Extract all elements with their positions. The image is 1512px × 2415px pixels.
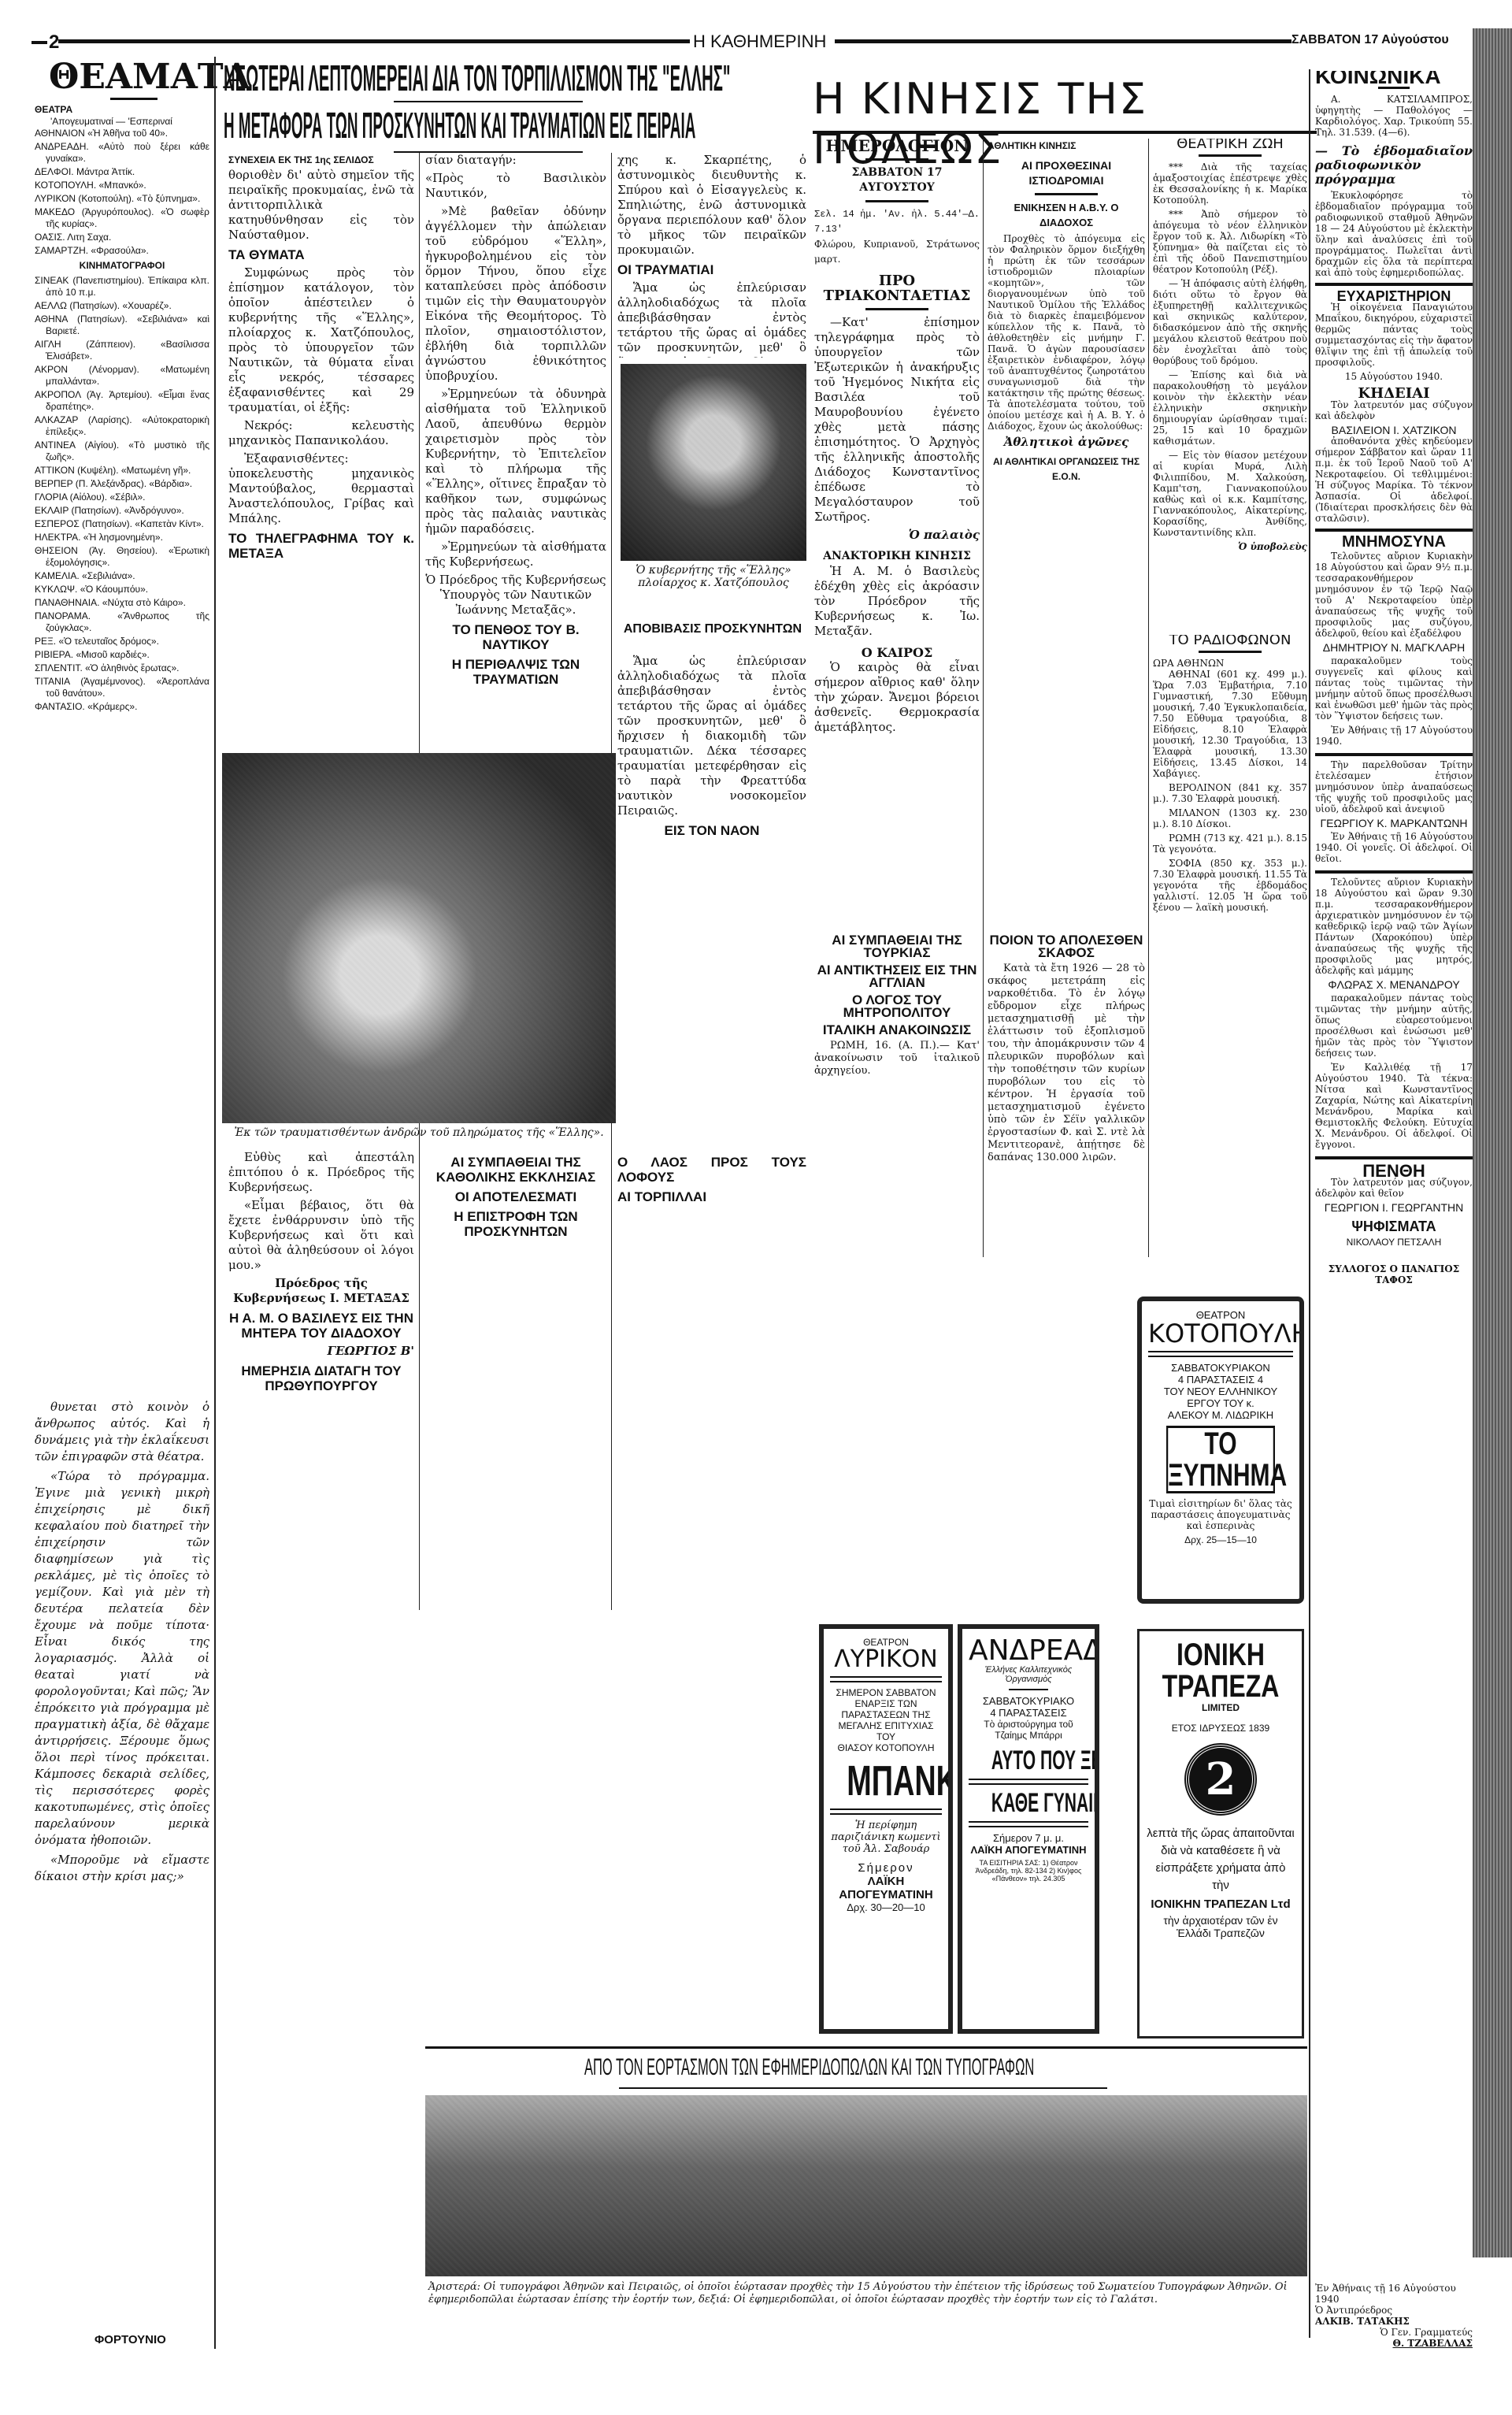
radiofonon-title: ΤΟ ΡΑΔΙΟΦΩΝΟΝ: [1153, 635, 1307, 646]
main-subheadline: Η ΜΕΤΑΦΟΡΑ ΤΩΝ ΠΡΟΣΚΥΝΗΤΩΝ ΚΑΙ ΤΡΑΥΜΑΤΙΩ…: [224, 104, 695, 147]
kideiai-name: ΒΑΣΙΛΕΙΟΝ Ι. ΧΑΤΖΙΚΟΝ: [1315, 425, 1473, 436]
theatre-entry: ΛΥΡΙΚΟΝ (Κοτοπούλη). «Τὸ ξύπνημα».: [35, 193, 209, 205]
kotopouli-line: ΤΟΥ ΝΕΟΥ ΕΛΛΗΝΙΚΟΥ: [1148, 1386, 1293, 1397]
cinema-entry: ΗΛΕΚΤΡΑ. «Ἡ λησμονημένη».: [35, 532, 209, 543]
eucharistirion-text: Ἡ οἰκογένεια Παναγιώτου Μπαΐκου, δικηγόρ…: [1315, 302, 1473, 368]
theamata-rule: [110, 98, 157, 100]
lyrikon-name: ΛΥΡΙΚΟΝ: [830, 1648, 942, 1671]
italiki-text: ΡΩΜΗ, 16. (Α. Π.).— Κατ' ἀνακοίνωσιν τοῦ…: [814, 1040, 980, 1078]
story-lower-column-2: ΑΙ ΣΥΜΠΑΘΕΙΑΙ ΤΗΣ ΚΑΘΟΛΙΚΗΣ ΕΚΚΛΗΣΙΑΣ ΟΙ…: [425, 1150, 606, 2032]
final-secretary: Ὁ Γεν. Γραμματεύς: [1315, 2327, 1473, 2338]
captain-portrait: [621, 364, 806, 561]
rule: [865, 308, 928, 310]
andreadi-ad[interactable]: ΑΝΔΡΕΑΔΗ Ἑλλήνες Καλλιτεχνικὸς Ὀργανισμὸ…: [958, 1624, 1099, 2034]
sunrise-info: Σελ. 14 ἡμ. 'Αν. ἡλ. 5.44'—Δ. 7.13': [814, 207, 980, 237]
story-paragraph: Νεκρός: κελευστὴς μηχανικὸς Παπανικολάου…: [228, 418, 414, 448]
cinema-entry: ΓΛΟΡΙΑ (Αἰόλου). «Σέβιλ».: [35, 492, 209, 503]
feature-rule: [619, 2087, 1107, 2089]
cinema-entry: ΑΘΗΝΑ (Πατησίων). «Σεβιλιάνα» καὶ Βαριετ…: [35, 313, 209, 337]
ioniki-bank-ad[interactable]: ΙΟΝΙΚΗ ΤΡΑΠΕΖΑ LIMITED ΕΤΟΣ ΙΔΡΥΣΕΩΣ 183…: [1137, 1629, 1304, 2038]
triakontaetia-title: ΠΡΟ ΤΡΙΑΚΟΝΤΑΕΤΙΑΣ: [814, 273, 980, 303]
crew-photo-caption: Ἐκ τῶν τραυματισθέντων ἀνδρῶν τοῦ πληρώμ…: [222, 1126, 616, 1139]
memorial-text: Τελοῦντες αὔριον Κυριακὴν 18 Αὐγούστου κ…: [1315, 877, 1473, 976]
story-paragraph: θοριοθὲν δι' αὐτὸ σημεῖον τῆς πειραϊκῆς …: [228, 168, 414, 243]
subhead-penthos: ΤΟ ΠΕΝΘΟΣ ΤΟΥ Β. ΝΑΥΤΙΚΟΥ: [425, 622, 606, 652]
story-paragraph: Ἐξαφανισθέντες: ὑποκελευστὴς μηχανικὸς Μ…: [228, 451, 414, 526]
kotopouli-desc: Τιμαὶ εἰσιτηρίων δι' ὅλας τὰς παραστάσει…: [1148, 1498, 1293, 1531]
andreadi-play-1: ΑΥΤΟ ΠΟΥ ΞΕΡΕΙ: [991, 1747, 1065, 1774]
headline-rule: [394, 101, 583, 102]
theatriki-paragraph: *** Διὰ τῆς ταχείας ἁμαξοστοιχίας ἐπέστρ…: [1153, 161, 1307, 206]
paper-name: Η ΚΑΘΗΜΕΡΙΝΗ: [690, 32, 829, 52]
photo-feature-title: ΑΠΟ ΤΟΝ ΕΟΡΤΑΣΜΟΝ ΤΩΝ ΕΦΗΜΕΡΙΔΟΠΩΛΩΝ ΚΑΙ…: [584, 2054, 1034, 2081]
mnimosyna-title: ΜΝΗΜΟΣΥΝΑ: [1315, 536, 1473, 547]
memorial-notice: Τελοῦντες αὔριον Κυριακὴν 18 Αὐγούστου κ…: [1315, 874, 1473, 1159]
final-secretary-name: Θ. ΤΖΑΒΕΛΛΑΣ: [1315, 2338, 1473, 2349]
memorial-name: ΓΕΩΡΓΙΟΥ Κ. ΜΑΡΚΑΝΤΩΝΗ: [1315, 818, 1473, 829]
cinema-entry: ΒΕΡΠΕΡ (Π. Ἀλεξάνδρας). «Βάρδια».: [35, 478, 209, 490]
column-divider: [1148, 139, 1149, 1257]
lyrikon-line: ΕΝΑΡΞΙΣ ΤΩΝ ΠΑΡΑΣΤΑΣΕΩΝ ΤΗΣ ΜΕΓΑΛΗΣ ΕΠΙΤ…: [830, 1698, 942, 1742]
kinisis-lower-left: ΑΙ ΣΥΜΠΑΘΕΙΑΙ ΤΗΣ ΤΟΥΡΚΙΑΣ ΑΙ ΑΝΤΙΚΤΗΣΕΙ…: [814, 929, 980, 1252]
rule: [1315, 529, 1473, 532]
theatre-entry: ΔΕΛΦΟΙ. Μάντρα Ἀττίκ.: [35, 166, 209, 178]
cinemas-label: ΚΙΝΗΜΑΤΟΓΡΑΦΟΙ: [35, 260, 209, 272]
subhead-tilegrafima: ΤΟ ΤΗΛΕΓΡΑΦΗΜΑ ΤΟΥ κ. ΜΕΤΑΞΑ: [228, 531, 414, 561]
kideiai-intro: Τὸν λατρευτόν μας σύζυγον καὶ ἀδελφὸν: [1315, 399, 1473, 421]
anaktoriki-text: Ἡ Α. Μ. ὁ Βασιλεὺς ἐδέχθη χθὲς εἰς ἀκρόα…: [814, 564, 980, 639]
athlitiki-text: Προχθὲς τὸ ἀπόγευμα εἰς τὸν Φαληρικὸν ὅρ…: [988, 233, 1145, 432]
ioniki-number: 2: [1206, 1753, 1236, 1805]
skafos: ΠΟΙΟΝ ΤΟ ΑΠΟΛΕΣΘΕΝ ΣΚΑΦΟΣ Κατὰ τὰ ἔτη 19…: [988, 929, 1145, 1260]
radio-station-label: ΩΡΑ ΑΘΗΝΩΝ: [1153, 658, 1307, 669]
story-paragraph: »Μὲ βαθεῖαν ὀδύνην ἀγγέλλομεν τὴν ἀπώλει…: [425, 204, 606, 384]
andreadi-today: Σήμερον 7 μ. μ.: [969, 1832, 1088, 1844]
eucharistirion-title: ΕΥΧΑΡΙΣΤΗΡΙΟΝ: [1315, 291, 1473, 302]
lyrikon-line: ΣΗΜΕΡΟΝ ΣΑΒΒΑΤΟΝ: [830, 1687, 942, 1698]
theatriki-paragraph: — Ἐπίσης καὶ διὰ νὰ παρακολουθήσῃ τὸ μεγ…: [1153, 369, 1307, 447]
radio-program-text: Ἐκυκλοφόρησε τὸ ἑβδομαδιαῖον πρόγραμμα τ…: [1315, 190, 1473, 278]
cinema-entry: ΤΙΤΑΝΙΑ (Ἀγαμέμνονος). «Ἀεροπλάνα τοῦ θα…: [35, 676, 209, 699]
memorial-notice: Τελοῦντες αὔριον Κυριακὴν 18 Αὐγούστου κ…: [1315, 547, 1473, 756]
rule: [1199, 651, 1262, 653]
story-column-2: σίαν διαταγήν: «Πρὸς τὸ Βασιλικὸν Ναυτικ…: [425, 153, 606, 767]
subhead-imerisia: ΗΜΕΡΗΣΙΑ ΔΙΑΤΑΓΗ ΤΟΥ ΠΡΩΘΥΠΟΥΡΓΟΥ: [228, 1363, 414, 1393]
story-paragraph: Ἅμα ὡς ἐπλεύρισαν ἀλληλοδιαδόχως τὰ πλοῖ…: [617, 654, 806, 818]
story-paragraph: Συμφώνως πρὸς τὸν ἐπίσημον κατάλογον, τὸ…: [228, 265, 414, 415]
kotopouli-line: 4 ΠΑΡΑΣΤΑΣΕΙΣ 4: [1148, 1374, 1293, 1386]
binding-edge: [1473, 28, 1512, 2257]
cinema-entry: ΡΕΞ. «Ὁ τελευταῖος δρόμος».: [35, 636, 209, 647]
column-divider: [214, 57, 216, 2349]
masthead-rule: [58, 39, 736, 43]
story-column-3: χης κ. Σκαρπέτης, ὁ ἀστυνομικὸς διευθυντ…: [617, 153, 806, 358]
theatre-entry: ΣΑΜΑΡΤΖΗ. «Φρασούλα».: [35, 245, 209, 257]
mnimosyna-list: Τελοῦντες αὔριον Κυριακὴν 18 Αὐγούστου κ…: [1315, 547, 1473, 1159]
memorial-name: ΔΗΜΗΤΡΙΟΥ Ν. ΜΑΓΚΛΑΡΗ: [1315, 642, 1473, 653]
cinema-entry: ΡΙΒΙΕΡΑ. «Μισοῦ καρδιές».: [35, 649, 209, 661]
cinema-entry: ΑΚΡΟΠΟΛ (Ἁγ. Ἀρτεμίου). «Εἶμαι ἕνας δραπ…: [35, 389, 209, 413]
radiofonon: ΤΟ ΡΑΔΙΟΦΩΝΟΝ ΩΡΑ ΑΘΗΝΩΝ ΑΘΗΝΑΙ (601 κχ.…: [1153, 635, 1307, 1265]
cinema-list: ΣΙΝΕΑΚ (Πανεπιστημίου). Ἐπίκαιρα κλπ. ἀπ…: [35, 275, 209, 713]
radio-program-entry: ΣΟΦΙΑ (850 κχ. 353 μ.). 7.30 Ἐλαφρὰ μουσ…: [1153, 858, 1307, 913]
feuilleton-paragraph: «Μποροῦμε νὰ εἴμαστε δίκαιοι στὴν κρίσι …: [35, 1852, 209, 1885]
radio-program-title: — Τὸ ἑβδομαδιαῖον ραδιοφωνικὸν πρόγραμμα: [1315, 144, 1473, 187]
final-vice: Ὁ Ἀντιπρόεδρος: [1315, 2305, 1473, 2316]
theatriki-signature: Ὁ ὑποβολεὺς: [1153, 541, 1307, 552]
radio-program-entry: ΑΘΗΝΑΙ (601 κχ. 499 μ.). Ὥρα 7.03 Ἐμβατή…: [1153, 669, 1307, 779]
column-divider: [983, 139, 984, 1257]
ioniki-limited: LIMITED: [1146, 1702, 1295, 1713]
radio-program-entry: ΡΩΜΗ (713 κχ. 421 μ.). 8.15 Τὰ γεγονότα.: [1153, 833, 1307, 855]
photo-feature-caption: Ἀριστερά: Οἱ τυπογράφοι Ἀθηνῶν καὶ Πειρα…: [428, 2281, 1303, 2306]
athlitiki-title: ΑΙ ΠΡΟΧΘΕΣΙΝΑΙ ΙΣΤΙΟΔΡΟΜΙΑΙ: [988, 158, 1145, 188]
column-divider: [1309, 69, 1310, 2338]
memorial-place-date: Ἐν Ἀθήναις τῇ 16 Αὐγούστου 1940. Οἱ γονε…: [1315, 831, 1473, 864]
feuilleton-signature: ΦΟΡΤΟΥΝΙΟ: [94, 2333, 166, 2346]
rule: [1199, 154, 1262, 157]
feuilleton: θυνεται στὸ κοινὸν ὁ ἄνθρωπος αὐτός. Καὶ…: [35, 1399, 209, 2344]
memorial-place-date: Ἐν Καλλιθέᾳ τῇ 17 Αὐγούστου 1940. Τὰ τέκ…: [1315, 1062, 1473, 1150]
story-column-1: ΣΥΝΕΧΕΙΑ ΕΚ ΤΗΣ 1ης ΣΕΛΙΔΟΣ θοριοθὲν δι'…: [228, 153, 414, 783]
subhead-torpilla: ΑΙ ΤΟΡΠΙΛΛΑΙ: [617, 1189, 806, 1204]
story-paragraph: Ὁ Πρόεδρος τῆς Κυβερνήσεως Ὑπουργὸς τῶν …: [425, 573, 606, 618]
imerologion: ΗΜΕΡΟΛΟΓΙΟΝ ΣΑΒΒΑΤΟΝ 17 ΑΥΓΟΥΣΤΟΥ Σελ. 1…: [814, 139, 980, 926]
kotopouli-name: ΚΟΤΟΠΟΥΛΗ: [1148, 1321, 1293, 1346]
cinema-entry: ΕΣΠΕΡΟΣ (Πατησίων). «Καπετὰν Κίντ».: [35, 518, 209, 530]
story-paragraph: «Εἶμαι βέβαιος, ὅτι θὰ ἔχετε ἐνθάρρυνσιν…: [228, 1198, 414, 1273]
andreadi-matinee: ΛΑΪΚΗ ΑΠΟΓΕΥΜΑΤΙΝΗ: [969, 1844, 1088, 1856]
kideiai-text: ἀποθανόντα χθὲς κηδεύομεν σήμερον Σάββατ…: [1315, 436, 1473, 524]
continued-label: ΣΥΝΕΧΕΙΑ ΕΚ ΤΗΣ 1ης ΣΕΛΙΔΟΣ: [228, 153, 414, 168]
anaktoriki-title: ΑΝΑΚΤΟΡΙΚΗ ΚΙΝΗΣΙΣ: [814, 549, 980, 564]
cinema-entry: ΚΑΜΕΛΙΑ. «Σεβιλιάνα».: [35, 570, 209, 582]
lyrikon-line: ΘΙΑΣΟΥ ΚΟΤΟΠΟΥΛΗ: [830, 1742, 942, 1753]
subhead-catholic: ΑΙ ΣΥΜΠΑΘΕΙΑΙ ΤΗΣ ΚΑΘΟΛΙΚΗΣ ΕΚΚΛΗΣΙΑΣ: [425, 1155, 606, 1185]
subhead-apotelesmata: ΟΙ ΑΠΟΤΕΛΕΣΜΑΤΙ: [425, 1189, 606, 1204]
psifismata-signer: ΝΙΚΟΛΑΟΥ ΠΕΤΣΑΛΗ: [1315, 1237, 1473, 1248]
feuilleton-paragraph: «Τώρα τὸ πρόγραμμα. Ἐγινε μιὰ γενικὴ μικ…: [35, 1468, 209, 1849]
subhead-pros-lofous: Ο ΛΑΟΣ ΠΡΟΣ ΤΟΥΣ ΛΟΦΟΥΣ: [617, 1155, 806, 1185]
subhead-perithalpsis: Η ΠΕΡΙΘΑΛΨΙΣ ΤΩΝ ΤΡΑΥΜΑΤΙΩΝ: [425, 657, 606, 687]
king-signature: ΓΕΩΡΓΙΟΣ Β': [228, 1344, 414, 1359]
ioniki-tagline: τὴν ἀρχαιοτέραν τῶν ἐν Ἑλλάδι Τραπεζῶν: [1146, 1914, 1295, 1939]
theamata-listing: ΘΕΑΤΡΑ 'Απογευματιναί — 'Εσπεριναί ΑΘΗΝΑ…: [35, 104, 209, 1393]
theatre-list: ΑΘΗΝΑΙΟΝ «Ἡ Ἀθῆνα τοῦ 40».ΑΝΔΡΕΑΔΗ. «Αὐτ…: [35, 128, 209, 257]
story-paragraph: Εὐθὺς καὶ ἀπεστάλη ἐπιτόπου ὁ κ. Πρόεδρο…: [228, 1150, 414, 1195]
koinonika: ΚΟΙΝΩΝΙΚΑ Α. ΚΑΤΣΙΛΑΜΠΡΟΣ, ὑφηγητὴς — Πα…: [1315, 71, 1473, 2324]
story-paragraph: σίαν διαταγήν:: [425, 153, 606, 168]
kotopouli-line: ΣΑΒΒΑΤΟΚΥΡΙΑΚΟΝ: [1148, 1362, 1293, 1374]
doctor-notice: Α. ΚΑΤΣΙΛΑΜΠΡΟΣ, ὑφηγητὴς — Παθολόγος — …: [1315, 94, 1473, 138]
imerologion-date: ΣΑΒΒΑΤΟΝ 17 ΑΥΓΟΥΣΤΟΥ: [814, 165, 980, 195]
rule: [830, 1808, 942, 1815]
story-paragraph: Ἅμα ὡς ἐπλεύρισαν ἀλληλοδιαδόχως τὰ πλοῖ…: [617, 280, 806, 358]
story-lower-column-3: Ο ΛΑΟΣ ΠΡΟΣ ΤΟΥΣ ΛΟΦΟΥΣ ΑΙ ΤΟΡΠΙΛΛΑΙ: [617, 1150, 806, 2032]
cinema-entry: ΣΠΛΕΝΤΙΤ. «Ὁ ἀληθινὸς ἔρωτας».: [35, 662, 209, 674]
main-headline: ΝΕΩΤΕΡΑΙ ΛΕΠΤΟΜΕΡΕΙΑΙ ΔΙΑ ΤΟΝ ΤΟΡΠΙΛΛΙΣΜ…: [224, 57, 730, 99]
lyrikon-play: ΜΠΑΝΚΟ: [847, 1760, 925, 1802]
triakontaetia-text: —Κατ' ἐπίσημον τηλεγράφημα πρὸς τὸ ὑπουρ…: [814, 315, 980, 525]
issue-date: ΣΑΒΒΑΤΟΝ 17 Αὐγούστου: [1291, 33, 1449, 47]
story-paragraph: Πρόεδρος τῆς Κυβερνήσεως Ι. ΜΕΤΑΞΑΣ: [228, 1276, 414, 1306]
story-paragraph: «Πρὸς τὸ Βασιλικὸν Ναυτικόν,: [425, 171, 606, 201]
saints-info: Φλώρου, Κυπριανοῦ, Στράτωνος μαρτ.: [814, 237, 980, 267]
kotopouli-play: ΤΟ ΞΥΠΝΗΜΑ: [1166, 1426, 1275, 1493]
ioniki-number-badge: 2: [1186, 1745, 1255, 1814]
radio-program-list: ΑΘΗΝΑΙ (601 κχ. 499 μ.). Ὥρα 7.03 Ἐμβατή…: [1153, 669, 1307, 913]
andreadi-name: ΑΝΔΡΕΑΔΗ: [969, 1637, 1088, 1665]
lyrikon-ad[interactable]: ΘΕΑΤΡΟΝ ΛΥΡΙΚΟΝ ΣΗΜΕΡΟΝ ΣΑΒΒΑΤΟΝ ΕΝΑΡΞΙΣ…: [819, 1624, 953, 2034]
rule: [1009, 1689, 1048, 1690]
theatre-entry: ΑΘΗΝΑΙΟΝ «Ἡ Ἀθῆνα τοῦ 40».: [35, 128, 209, 139]
ioniki-name-2: ΤΡΑΠΕΖΑ: [1161, 1671, 1280, 1702]
theamata-title: ΘΕΑΜΑΤΑ: [49, 57, 206, 97]
cinema-entry: ΑΤΤΙΚΟΝ (Κυψέλη). «Ματωμένη γῆ».: [35, 465, 209, 477]
cinema-entry: ΑΝΤΙΝΕΑ (Αἰγίου). «Τὸ μυστικὸ τῆς ζωῆς».: [35, 440, 209, 463]
logos-mitropolitou: Ο ΛΟΓΟΣ ΤΟΥ ΜΗΤΡΟΠΟΛΙΤΟΥ: [814, 994, 980, 1019]
antiktisis-agglia: ΑΙ ΑΝΤΙΚΤΗΣΕΙΣ ΕΙΣ ΤΗΝ ΑΓΓΛΙΑΝ: [814, 964, 980, 989]
athlitiki-sub2: Ἀθλητικοὶ ἀγῶνες: [988, 435, 1145, 450]
lyrikon-prices: Δρχ. 30—20—10: [830, 1901, 942, 1913]
rule: [1148, 1351, 1293, 1357]
wounded-crew-photo: [222, 753, 616, 1123]
rule: [865, 200, 928, 202]
kairos-title: Ο ΚΑΙΡΟΣ: [814, 645, 980, 660]
cinema-entry: ΑΙΓΛΗ (Ζάππειον). «Βασίλισσα Ἐλισάβετ».: [35, 339, 209, 362]
final-place-date: Ἐν Ἀθήναις τῇ 16 Αὐγούστου 1940: [1315, 2283, 1473, 2305]
theatre-entry: ΚΟΤΟΠΟΥΛΗ. «Μπανκό».: [35, 180, 209, 191]
kotopouli-ad[interactable]: ΘΕΑΤΡΟΝ ΚΟΤΟΠΟΥΛΗ ΣΑΒΒΑΤΟΚΥΡΙΑΚΟΝ 4 ΠΑΡΑ…: [1137, 1297, 1304, 1604]
subhead-epistrofi: Η ΕΠΙΣΤΡΟΦΗ ΤΩΝ ΠΡΟΣΚΥΝΗΤΩΝ: [425, 1209, 606, 1239]
kotopouli-line: ΕΡΓΟΥ ΤΟΥ κ.: [1148, 1397, 1293, 1409]
andreadi-play-2: ΚΑΘΕ ΓΥΝΑΙΚΑ: [991, 1790, 1065, 1816]
theatriki-paragraph: — Ἡ ἀπόφασις αὐτὴ ἐλήφθη, διότι οὕτω τὸ …: [1153, 278, 1307, 366]
cinema-entry: ΕΚΛΑΙΡ (Πατησίων). «Ἀνδρόγυνο».: [35, 505, 209, 517]
penthi-title: ΠΕΝΘΗ: [1315, 1166, 1473, 1177]
skafos-text: Κατὰ τὰ ἔτη 1926 — 28 τὸ σκάφος μετετράπ…: [988, 963, 1145, 1164]
subhead-vasilefs: Η Α. Μ. Ο ΒΑΣΙΛΕΥΣ ΕΙΣ ΤΗΝ ΜΗΤΕΡΑ ΤΟΥ ΔΙ…: [228, 1311, 414, 1341]
rule: [969, 1779, 1088, 1785]
cinema-entry: ΑΕΛΛΩ (Πατησίων). «Χουαρέζ».: [35, 300, 209, 312]
kotopouli-prices: Δρχ. 25—15—10: [1148, 1534, 1293, 1545]
andreadi-line: ΣΑΒΒΑΤΟΚΥΡΙΑΚΟ: [969, 1695, 1088, 1707]
kinisis-rule: [813, 131, 1317, 134]
memorial-place-date: Ἐν Ἀθήναις τῇ 17 Αὐγούστου 1940.: [1315, 725, 1473, 747]
feuilleton-paragraph: θυνεται στὸ κοινὸν ὁ ἄνθρωπος αὐτός. Καὶ…: [35, 1399, 209, 1465]
andreadi-line: 4 ΠΑΡΑΣΤΑΣΕΙΣ: [969, 1707, 1088, 1719]
italiki-title: ΙΤΑΛΙΚΗ ΑΝΑΚΟΙΝΩΣΙΣ: [814, 1024, 980, 1037]
lyrikon-matinee: ΛΑΪΚΗ ΑΠΟΓΕΥΜΑΤΙΝΗ: [830, 1875, 942, 1901]
cinema-entry: ΠΑΝΑΘΗΝΑΙΑ. «Νύχτα στὸ Κάιρο».: [35, 597, 209, 609]
theatre-entry: ΜΑΚΕΔΟ (Ἀργυρόπουλος). «Ὁ σωφὲρ τῆς κυρί…: [35, 206, 209, 230]
rule: [1035, 193, 1098, 195]
memorial-text: Τὴν παρελθοῦσαν Τρίτην ἐτελέσαμεν ἐτήσιο…: [1315, 759, 1473, 814]
memorial-close: παρακαλοῦμεν πάντας τοὺς τιμῶντας τὴν μν…: [1315, 992, 1473, 1059]
sympatheiai-tourkias: ΑΙ ΣΥΜΠΑΘΕΙΑΙ ΤΗΣ ΤΟΥΡΚΙΑΣ: [814, 934, 980, 959]
kotopouli-line: ΑΛΕΚΟΥ Μ. ΛΙΔΩΡΙΚΗ: [1148, 1409, 1293, 1421]
story-paragraph: χης κ. Σκαρπέτης, ὁ ἀστυνομικὸς διευθυντ…: [617, 153, 806, 258]
ioniki-text: λεπτὰ τῆς ὥρας ἀπαιτοῦνται διὰ νὰ καταθέ…: [1146, 1825, 1295, 1894]
cinema-entry: ΑΛΚΑΖΑΡ (Λαρίσης). «Αὐτοκρατορικὴ ἐπίλεξ…: [35, 414, 209, 438]
masthead-rule-left: [31, 41, 47, 44]
theatriki-zoi: ΘΕΑΤΡΙΚΗ ΖΩΗ *** Διὰ τῆς ταχείας ἁμαξοστ…: [1153, 139, 1307, 627]
ioniki-bank: ΙΟΝΙΚΗΝ ΤΡΑΠΕΖΑΝ Lτd: [1146, 1897, 1295, 1911]
theatriki-paragraph: — Εἰς τὸν θίασον μετέχουν αἱ κυρίαι Μυρά…: [1153, 450, 1307, 538]
kairos-text: Ὁ καιρὸς θὰ εἶναι σήμερον αἴθριος καθ' ὅ…: [814, 660, 980, 735]
rule: [830, 1676, 942, 1682]
theatriki-title: ΘΕΑΤΡΙΚΗ ΖΩΗ: [1153, 139, 1307, 150]
theatres-label: ΘΕΑΤΡΑ: [35, 104, 209, 116]
subhead-thymata: ΤΑ ΘΥΜΑΤΑ: [228, 247, 414, 262]
theatre-entry: ΟΑΣΙΣ. Λιτη Σαχα.: [35, 232, 209, 243]
cinema-entry: ΠΑΝΟΡΑΜΑ. «Ἄνθρωπος τῆς ζούγκλας».: [35, 610, 209, 634]
psifismata-title: ΨΗΦΙΣΜΑΤΑ: [1315, 1221, 1473, 1232]
memorial-name: ΦΛΩΡΑΣ Χ. ΜΕΝΑΝΔΡΟΥ: [1315, 979, 1473, 990]
subhead-naon: ΕΙΣ ΤΟΝ ΝΑΟΝ: [617, 823, 806, 838]
story-paragraph: »Ἑρμηνεύων τὰ ὀδυνηρὰ αἰσθήματα τοῦ Ἑλλη…: [425, 387, 606, 536]
andreadi-line: Τζαίημς Μπάρρι: [969, 1730, 1088, 1741]
imerologion-title: ΗΜΕΡΟΛΟΓΙΟΝ: [814, 139, 980, 154]
rule: [1315, 283, 1473, 286]
lyrikon-today: Σήμερον: [830, 1861, 942, 1875]
cinema-entry: ΦΑΝΤΑΣΙΟ. «Κράμερς».: [35, 701, 209, 713]
cinema-entry: ΘΗΣΕΙΟΝ (Ἁγ. Θησείου). «Ἐρωτικὴ ἐξομολόγ…: [35, 545, 209, 569]
andreadi-line: Τὸ ἀριστούργημα τοῦ: [969, 1719, 1088, 1730]
skafos-title: ΠΟΙΟΝ ΤΟ ΑΠΟΛΕΣΘΕΝ ΣΚΑΦΟΣ: [988, 934, 1145, 959]
shows-label: 'Απογευματιναί — 'Εσπεριναί: [35, 116, 209, 128]
theatriki-paragraph: *** Ἀπὸ σήμερον τὸ ἀπόγευμα τὸ νέον ἑλλη…: [1153, 209, 1307, 275]
rule: [969, 1821, 1088, 1827]
andreadi-subtitle: Ἑλλήνες Καλλιτεχνικὸς Ὀργανισμὸς: [969, 1665, 1088, 1684]
athlitiki-subtitle: ΕΝΙΚΗΣΕΝ Η Α.Β.Υ. Ο ΔΙΑΔΟΧΟΣ: [988, 200, 1145, 230]
rule: [865, 158, 928, 161]
cinema-entry: ΣΙΝΕΑΚ (Πανεπιστημίου). Ἐπίκαιρα κλπ. ἀπ…: [35, 275, 209, 299]
portrait-caption: Ὁ κυβερνήτης τῆς «Ἕλλης» πλοίαρχος κ. Χα…: [621, 564, 806, 589]
cinema-entry: ΑΚΡΟΝ (Λένορμαν). «Ματωμένη μπαλλάντα».: [35, 364, 209, 388]
radio-program-entry: ΜΙΛΑΝΟΝ (1303 κχ. 230 μ.). 8.10 Δίσκοι.: [1153, 807, 1307, 829]
typographers-photo: [425, 2095, 1307, 2276]
story-paragraph: »Ἐρμηνεύων τὰ αἰσθήματα τῆς Κυβερνήσεως.: [425, 540, 606, 569]
final-notice: Ἐν Ἀθήναις τῇ 16 Αὐγούστου 1940 Ὁ Ἀντιπρ…: [1315, 2283, 1473, 2349]
syllogos: ΣΥΛΛΟΓΟΣ Ο ΠΑΝΑΓΙΟΣ ΤΑΦΟΣ: [1315, 1263, 1473, 1285]
story-column-3-lower: Ἅμα ὡς ἐπλεύρισαν ἀλληλοδιαδόχως τὰ πλοῖ…: [617, 654, 806, 929]
kideiai-title: ΚΗΔΕΙΑΙ: [1315, 388, 1473, 399]
final-vice-name: ΑΛΚΙΒ. ΤΑΤΑΚΗΣ: [1315, 2316, 1473, 2327]
masthead-rule-right: [835, 39, 1291, 43]
story-lower-column-1: Εὐθὺς καὶ ἀπεστάλη ἐπιτόπου ὁ κ. Πρόεδρο…: [228, 1150, 414, 2032]
subhead-apovivasis: ΑΠΟΒΙΒΑΣΙΣ ΠΡΟΣΚΥΝΗΤΩΝ: [622, 622, 803, 636]
andreadi-tickets: ΤΑ ΕΙΣΙΤΗΡΙΑ ΣΑΣ: 1) Θέατρον Ἀνδρεάδη, τ…: [969, 1859, 1088, 1883]
memorial-notice: Τὴν παρελθοῦσαν Τρίτην ἐτελέσαμεν ἐτήσιο…: [1315, 756, 1473, 874]
athlitiki: ΑΘΛΗΤΙΚΗ ΚΙΝΗΣΙΣ ΑΙ ΠΡΟΧΘΕΣΙΝΑΙ ΙΣΤΙΟΔΡΟ…: [988, 139, 1145, 848]
radio-program-entry: ΒΕΡΟΛΙΝΟΝ (841 κχ. 357 μ.). 7.30 Ἐλαφρὰ …: [1153, 782, 1307, 804]
penthi-name: ΓΕΩΡΓΙΟΝ Ι. ΓΕΩΡΓΑΝΤΗΝ: [1315, 1202, 1473, 1213]
ioniki-founded: ΕΤΟΣ ΙΔΡΥΣΕΩΣ 1839: [1146, 1723, 1295, 1734]
memorial-text: Τελοῦντες αὔριον Κυριακὴν 18 Αὐγούστου κ…: [1315, 551, 1473, 639]
theatre-entry: ΑΝΔΡΕΑΔΗ. «Αὐτὸ ποὺ ξέρει κάθε γυναίκα».: [35, 141, 209, 165]
cinema-entry: ΚΥΚΛΩΨ. «Ὁ Κάουμπόυ».: [35, 584, 209, 595]
koinonika-title: ΚΟΙΝΩΝΙΚΑ: [1315, 71, 1473, 82]
eucharistirion-date: 15 Αὐγούστου 1940.: [1315, 371, 1473, 382]
memorial-close: παρακαλοῦμεν τοὺς συγγενεῖς καὶ φίλους κ…: [1315, 655, 1473, 722]
athlitiki-sub3: ΑΙ ΑΘΛΗΤΙΚΑΙ ΟΡΓΑΝΩΣΕΙΣ ΤΗΣ Ε.Ο.Ν.: [988, 454, 1145, 484]
ioniki-name-1: ΙΟΝΙΚΗ: [1161, 1639, 1280, 1671]
lyrikon-desc: Ἡ περίφημη παριζιάνικη κωμεντὶ τοῦ Ἀλ. Σ…: [830, 1820, 942, 1855]
subhead-traumatiai: ΟΙ ΤΡΑΥΜΑΤΙΑΙ: [617, 262, 806, 277]
athlitiki-section: ΑΘΛΗΤΙΚΗ ΚΙΝΗΣΙΣ: [988, 139, 1145, 154]
triakontaetia-signature: Ὁ παλαιὸς: [814, 528, 980, 543]
penthi-intro: Τὸν λατρευτόν μας σύζυγον, ἀδελφὸν καὶ θ…: [1315, 1177, 1473, 1199]
feature-rule-top: [425, 2046, 1307, 2049]
